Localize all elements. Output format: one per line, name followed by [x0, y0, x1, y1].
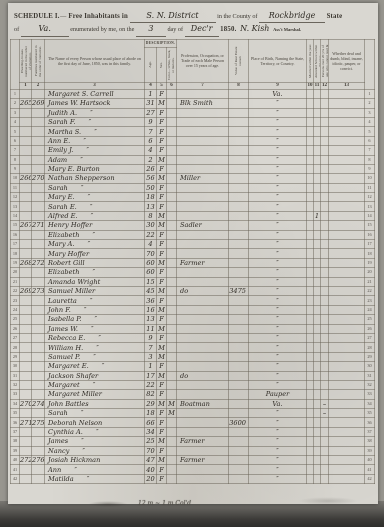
line-number-right: 35 [365, 409, 375, 418]
school-mark [314, 146, 321, 155]
family-number [32, 371, 45, 380]
color-value [167, 371, 177, 380]
line-number: 14 [11, 211, 20, 220]
birthplace-value: ″ [249, 305, 307, 314]
dwelling-number [20, 146, 32, 155]
remarks-value [329, 202, 365, 211]
census-row: 19268272Robert Gill60MFarmer″19 [11, 258, 375, 267]
color-value [167, 164, 177, 173]
sex-value: F [157, 240, 167, 249]
real-estate-value [229, 183, 249, 192]
married-mark [307, 127, 314, 136]
col-header-occupation: Profession, Occupation, or Trade of each… [177, 39, 229, 82]
dwelling-number [20, 343, 32, 352]
dwelling-number [20, 474, 32, 483]
birthplace-value: ″ [249, 286, 307, 295]
line-number: 17 [11, 240, 20, 249]
illiterate-mark [321, 456, 329, 465]
dwelling-number [20, 127, 32, 136]
line-number-right: 26 [365, 324, 375, 333]
birthplace-value: ″ [249, 324, 307, 333]
school-mark [314, 240, 321, 249]
age-value: 22 [145, 230, 157, 239]
school-mark [314, 99, 321, 108]
birthplace-value: ″ [249, 333, 307, 342]
age-value: 13 [145, 315, 157, 324]
color-value [167, 211, 177, 220]
real-estate-value [229, 117, 249, 126]
married-mark [307, 399, 314, 408]
census-row: 27Rebecca E. ″9F″27 [11, 333, 375, 342]
occupation-value [177, 296, 229, 305]
census-row: 8Adam ″2M″8 [11, 155, 375, 164]
married-mark [307, 352, 314, 361]
birthplace-value: ″ [249, 155, 307, 164]
dwelling-number [20, 427, 32, 436]
real-estate-value [229, 474, 249, 483]
sex-value: F [157, 427, 167, 436]
real-estate-value [229, 127, 249, 136]
person-name: Samuel Miller [45, 286, 145, 295]
real-estate-value [229, 277, 249, 286]
married-mark [307, 268, 314, 277]
birthplace-value: ″ [249, 136, 307, 145]
married-mark [307, 164, 314, 173]
school-mark [314, 230, 321, 239]
person-name: Adam ″ [45, 155, 145, 164]
line-number-right: 37 [365, 427, 375, 436]
remarks-value [329, 437, 365, 446]
remarks-value [329, 418, 365, 427]
married-mark [307, 446, 314, 455]
title-line-1: SCHEDULE I. — Free Inhabitants in S. N. … [14, 10, 374, 23]
dwelling-number [20, 268, 32, 277]
birthplace-value: ″ [249, 343, 307, 352]
remarks-value [329, 193, 365, 202]
occupation-value [177, 183, 229, 192]
school-mark [314, 155, 321, 164]
census-row: 11Sarah ″50F″11 [11, 183, 375, 192]
occupation-value [177, 352, 229, 361]
sex-value: F [157, 380, 167, 389]
real-estate-value [229, 380, 249, 389]
title-state-label: State [327, 13, 343, 20]
census-scan-page: SCHEDULE I. — Free Inhabitants in S. N. … [0, 0, 384, 527]
birthplace-value: ″ [249, 221, 307, 230]
married-mark [307, 146, 314, 155]
birthplace-value: ″ [249, 362, 307, 371]
census-row: 20Elizabeth ″60F″20 [11, 268, 375, 277]
color-value [167, 193, 177, 202]
line-number: 21 [11, 277, 20, 286]
col-header-left-line [11, 39, 20, 89]
census-row: 17Mary A. ″4F″17 [11, 240, 375, 249]
family-number [32, 164, 45, 173]
sex-value: M [157, 343, 167, 352]
census-row: 31Jackson Shafer17Mdo″31 [11, 371, 375, 380]
family-number [32, 474, 45, 483]
person-name: Amanda Wright [45, 277, 145, 286]
real-estate-value [229, 146, 249, 155]
married-mark [307, 296, 314, 305]
line-number: 27 [11, 333, 20, 342]
line-number-right: 2 [365, 99, 375, 108]
person-name: Mary E. ″ [45, 193, 145, 202]
col-number: 1 [20, 82, 32, 89]
marshal-title-label: Ass't Marshal. [273, 27, 301, 32]
age-value: 36 [145, 296, 157, 305]
census-row: 36271275Deborah Nelson66F3600″36 [11, 418, 375, 427]
occupation-value [177, 89, 229, 98]
occupation-value [177, 446, 229, 455]
illiterate-mark [321, 155, 329, 164]
married-mark [307, 465, 314, 474]
family-number [32, 230, 45, 239]
birthplace-value: ″ [249, 146, 307, 155]
school-mark [314, 221, 321, 230]
person-name: James ″ [45, 437, 145, 446]
census-row: 16Elizabeth ″22F″16 [11, 230, 375, 239]
person-name: James W. ″ [45, 324, 145, 333]
sex-value: M [157, 258, 167, 267]
census-row: 3Judith A. ″27F″3 [11, 108, 375, 117]
remarks-value [329, 249, 365, 258]
real-estate-value [229, 211, 249, 220]
line-number-right: 34 [365, 399, 375, 408]
real-estate-value [229, 193, 249, 202]
birthplace-value: ″ [249, 202, 307, 211]
sex-value: M [157, 174, 167, 183]
birthplace-value: ″ [249, 296, 307, 305]
remarks-value [329, 221, 365, 230]
line-number-right: 28 [365, 343, 375, 352]
line-number-right: 38 [365, 437, 375, 446]
color-value [167, 230, 177, 239]
school-mark [314, 258, 321, 267]
color-value [167, 249, 177, 258]
birthplace-value: ″ [249, 258, 307, 267]
census-row: 13Sarah E. ″13F″13 [11, 202, 375, 211]
line-number-right: 40 [365, 456, 375, 465]
person-name: Isabella P. ″ [45, 315, 145, 324]
column-number-row: 1 2 3 4 5 6 7 8 9 10 11 12 13 [11, 82, 375, 89]
married-mark [307, 474, 314, 483]
age-value: 2 [145, 155, 157, 164]
line-number-right: 19 [365, 258, 375, 267]
school-mark [314, 305, 321, 314]
person-name: Judith A. ″ [45, 108, 145, 117]
married-mark [307, 418, 314, 427]
married-mark [307, 136, 314, 145]
real-estate-value [229, 390, 249, 399]
color-value [167, 136, 177, 145]
color-value [167, 352, 177, 361]
birthplace-value: ″ [249, 418, 307, 427]
person-name: Mary E. Burton [45, 164, 145, 173]
person-name: Emily J. ″ [45, 146, 145, 155]
married-mark [307, 230, 314, 239]
line-number: 36 [11, 418, 20, 427]
person-name: Lauretta ″ [45, 296, 145, 305]
line-number-right: 33 [365, 390, 375, 399]
remarks-value [329, 286, 365, 295]
family-number: 272 [32, 258, 45, 267]
line-number: 38 [11, 437, 20, 446]
dwelling-number [20, 136, 32, 145]
age-value: 29 [145, 399, 157, 408]
district-field: S. N. District [130, 10, 216, 23]
married-mark [307, 99, 314, 108]
illiterate-mark [321, 427, 329, 436]
census-row: 40272276Josiah Hickman47MFarmer″40 [11, 456, 375, 465]
census-row: 7Emily J. ″4F″7 [11, 146, 375, 155]
school-mark [314, 136, 321, 145]
col-header-sex: Sex. [157, 47, 167, 82]
real-estate-value [229, 446, 249, 455]
line-number-right: 3 [365, 108, 375, 117]
married-mark [307, 305, 314, 314]
family-number [32, 333, 45, 342]
line-number-right: 30 [365, 362, 375, 371]
line-number: 1 [11, 89, 20, 98]
school-mark [314, 465, 321, 474]
illiterate-mark [321, 352, 329, 361]
line-number-right: 24 [365, 305, 375, 314]
title-enumerated-label: enumerated by me, on the [70, 26, 134, 33]
married-mark [307, 117, 314, 126]
birthplace-value: ″ [249, 193, 307, 202]
line-number-right: 36 [365, 418, 375, 427]
person-name: John F. ″ [45, 305, 145, 314]
dwelling-number [20, 155, 32, 164]
family-number [32, 296, 45, 305]
remarks-value [329, 174, 365, 183]
remarks-value [329, 456, 365, 465]
line-number-right: 14 [365, 211, 375, 220]
birthplace-value: ″ [249, 277, 307, 286]
illiterate-mark: – [321, 409, 329, 418]
dwelling-number [20, 446, 32, 455]
census-row: 2265269James W. Hartsock31MBlk Smith″2 [11, 99, 375, 108]
color-value [167, 174, 177, 183]
color-value [167, 390, 177, 399]
illiterate-mark [321, 277, 329, 286]
color-value [167, 183, 177, 192]
family-number: 270 [32, 174, 45, 183]
family-number [32, 211, 45, 220]
sex-value: M [157, 221, 167, 230]
color-value [167, 268, 177, 277]
col-number: 3 [45, 82, 145, 89]
color-value [167, 343, 177, 352]
real-estate-value [229, 427, 249, 436]
age-value: 4 [145, 240, 157, 249]
dwelling-number [20, 89, 32, 98]
real-estate-value [229, 89, 249, 98]
dwelling-number: 271 [20, 418, 32, 427]
person-name: Margaret Miller [45, 390, 145, 399]
school-mark [314, 268, 321, 277]
remarks-value [329, 409, 365, 418]
family-number [32, 146, 45, 155]
married-mark [307, 202, 314, 211]
sex-value: F [157, 108, 167, 117]
family-number [32, 268, 45, 277]
age-value: 66 [145, 418, 157, 427]
remarks-value [329, 465, 365, 474]
real-estate-value [229, 371, 249, 380]
real-estate-value [229, 174, 249, 183]
line-number: 22 [11, 286, 20, 295]
sex-value: F [157, 333, 167, 342]
person-name: John Battles [45, 399, 145, 408]
sex-value: F [157, 146, 167, 155]
census-table-header: Dwelling-houses numbered in the order of… [11, 39, 375, 89]
census-row: 6Ann E. ″6F″6 [11, 136, 375, 145]
illiterate-mark [321, 371, 329, 380]
family-number: 273 [32, 286, 45, 295]
census-row: 26James W. ″11M″26 [11, 324, 375, 333]
birthplace-value: ″ [249, 409, 307, 418]
occupation-value [177, 390, 229, 399]
illiterate-mark [321, 258, 329, 267]
illiterate-mark [321, 221, 329, 230]
dwelling-number [20, 296, 32, 305]
age-value: 60 [145, 268, 157, 277]
school-mark [314, 446, 321, 455]
birthplace-value: ″ [249, 108, 307, 117]
color-value [167, 202, 177, 211]
school-mark [314, 343, 321, 352]
col-header-dwelling: Dwelling-houses numbered in the order of… [20, 39, 32, 82]
col-header-value: Value of Real Estate owned. [229, 39, 249, 82]
school-mark [314, 427, 321, 436]
school-mark [314, 333, 321, 342]
person-name: Nathan Shepperson [45, 174, 145, 183]
school-mark: 1 [314, 211, 321, 220]
line-number: 26 [11, 324, 20, 333]
illiterate-mark [321, 286, 329, 295]
family-number [32, 465, 45, 474]
age-value: 6 [145, 136, 157, 145]
age-value: 22 [145, 380, 157, 389]
married-mark [307, 324, 314, 333]
month-field: Dec'r [185, 23, 219, 36]
line-number-right: 5 [365, 127, 375, 136]
occupation-value [177, 305, 229, 314]
dwelling-number: 270 [20, 399, 32, 408]
school-mark [314, 108, 321, 117]
school-mark [314, 474, 321, 483]
remarks-value [329, 155, 365, 164]
census-row: 34270274John Battles29MMBoatmanVa.–34 [11, 399, 375, 408]
real-estate-value [229, 155, 249, 164]
real-estate-value [229, 362, 249, 371]
census-row: 15267271Henry Hoffer30MSadler″15 [11, 221, 375, 230]
sex-value: F [157, 183, 167, 192]
person-name: Sarah ″ [45, 409, 145, 418]
color-value [167, 127, 177, 136]
col-number: 5 [157, 82, 167, 89]
dwelling-number [20, 193, 32, 202]
age-value: 4 [145, 146, 157, 155]
illiterate-mark [321, 230, 329, 239]
person-name: Ann ″ [45, 465, 145, 474]
sex-value: M [157, 324, 167, 333]
married-mark [307, 183, 314, 192]
illiterate-mark [321, 343, 329, 352]
birthplace-value: ″ [249, 437, 307, 446]
remarks-value [329, 296, 365, 305]
sex-value: F [157, 418, 167, 427]
dwelling-number [20, 277, 32, 286]
birthplace-value: ″ [249, 268, 307, 277]
title-free-inhabitants: Free Inhabitants in [68, 13, 128, 20]
line-number: 3 [11, 108, 20, 117]
age-value: 7 [145, 127, 157, 136]
occupation-value [177, 164, 229, 173]
color-value [167, 89, 177, 98]
school-mark [314, 286, 321, 295]
age-value: 7 [145, 343, 157, 352]
occupation-value: do [177, 371, 229, 380]
school-mark [314, 437, 321, 446]
census-row: 32Margaret ″22F″32 [11, 380, 375, 389]
county-field: Rockbridge [259, 10, 325, 23]
age-value: 9 [145, 333, 157, 342]
sex-value: M [157, 286, 167, 295]
line-number: 37 [11, 427, 20, 436]
occupation-value [177, 427, 229, 436]
sex-value: F [157, 474, 167, 483]
line-number: 18 [11, 249, 20, 258]
occupation-value [177, 230, 229, 239]
dwelling-number [20, 324, 32, 333]
line-number: 11 [11, 183, 20, 192]
sex-value: F [157, 202, 167, 211]
sex-value: M [157, 305, 167, 314]
census-row: 23Lauretta ″36F″23 [11, 296, 375, 305]
line-number-right: 25 [365, 315, 375, 324]
dwelling-number: 269 [20, 286, 32, 295]
school-mark [314, 315, 321, 324]
line-number: 40 [11, 456, 20, 465]
person-name: Robert Gill [45, 258, 145, 267]
census-row: 22269273Samuel Miller45Mdo3475″22 [11, 286, 375, 295]
birthplace-value: ″ [249, 249, 307, 258]
age-value: 11 [145, 324, 157, 333]
dwelling-number [20, 352, 32, 361]
line-number-right: 41 [365, 465, 375, 474]
sex-value: F [157, 230, 167, 239]
person-name: Mary A. ″ [45, 240, 145, 249]
pencil-smudge [88, 501, 128, 507]
occupation-value: Farmer [177, 456, 229, 465]
col-header-illiterate: Persons over 20 y'rs of age who cannot r… [321, 39, 329, 82]
remarks-value [329, 240, 365, 249]
illiterate-mark [321, 240, 329, 249]
sex-value: M [157, 371, 167, 380]
real-estate-value [229, 202, 249, 211]
real-estate-value [229, 268, 249, 277]
color-value [167, 380, 177, 389]
sex-value: F [157, 315, 167, 324]
col-header-description-group: DESCRIPTION. [145, 39, 177, 47]
person-name: Mary Hoffer [45, 249, 145, 258]
sex-value: F [157, 362, 167, 371]
school-mark [314, 296, 321, 305]
line-number-right: 29 [365, 352, 375, 361]
